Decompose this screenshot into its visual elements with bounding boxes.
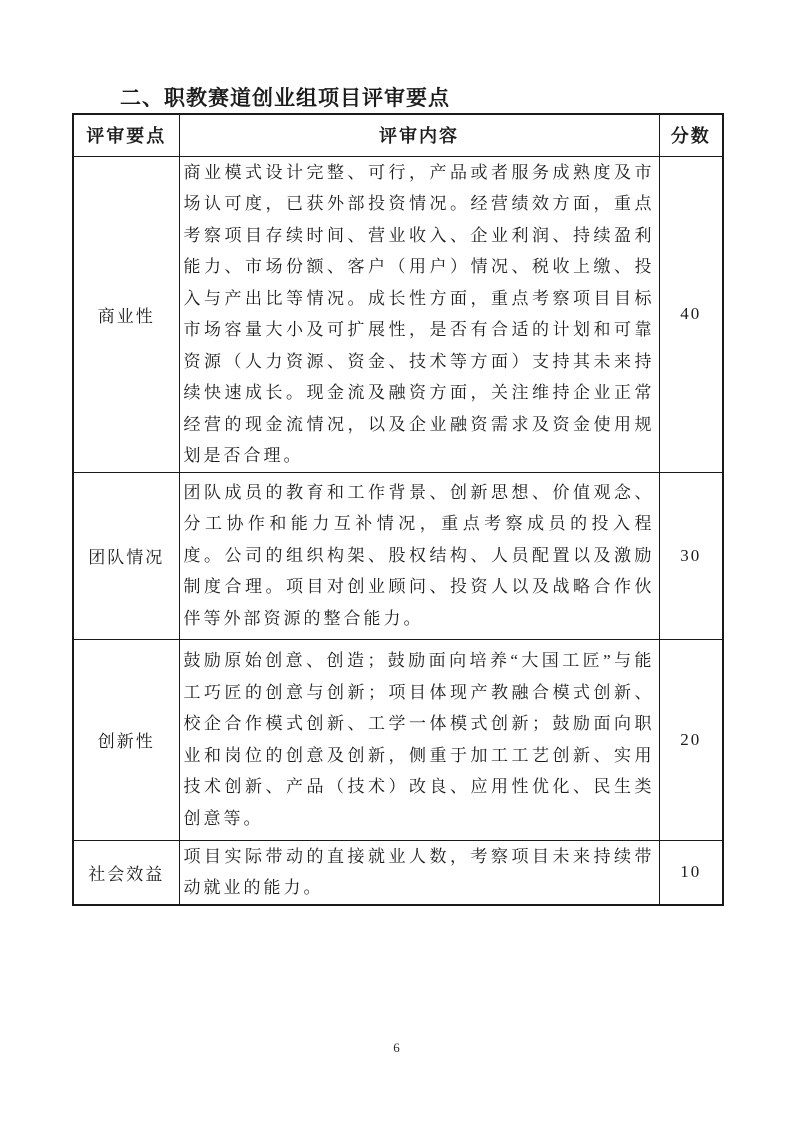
table-row: 创新性 鼓励原始创意、创造；鼓励面向培养“大国工匠”与能工巧匠的创意与创新；项目… bbox=[73, 639, 723, 840]
table-row: 团队情况 团队成员的教育和工作背景、创新思想、价值观念、分工协作和能力互补情况，… bbox=[73, 472, 723, 639]
criterion-score: 10 bbox=[659, 840, 723, 905]
evaluation-criteria-table: 评审要点 评审内容 分数 商业性 商业模式设计完整、可行，产品或者服务成熟度及市… bbox=[72, 113, 724, 906]
page-number: 6 bbox=[0, 1040, 793, 1056]
document-page: 二、职教赛道创业组项目评审要点 评审要点 评审内容 分数 商业性 商业模式设计完… bbox=[0, 0, 793, 1122]
table-row: 社会效益 项目实际带动的直接就业人数，考察项目未来持续带动就业的能力。 10 bbox=[73, 840, 723, 905]
section-title: 二、职教赛道创业组项目评审要点 bbox=[120, 82, 450, 112]
criterion-score: 30 bbox=[659, 472, 723, 639]
criterion-label: 创新性 bbox=[73, 639, 179, 840]
criterion-score: 20 bbox=[659, 639, 723, 840]
header-score: 分数 bbox=[659, 114, 723, 156]
criterion-label: 商业性 bbox=[73, 156, 179, 472]
criterion-content: 项目实际带动的直接就业人数，考察项目未来持续带动就业的能力。 bbox=[179, 840, 659, 905]
criterion-score: 40 bbox=[659, 156, 723, 472]
header-review-content: 评审内容 bbox=[179, 114, 659, 156]
table-header-row: 评审要点 评审内容 分数 bbox=[73, 114, 723, 156]
header-review-point: 评审要点 bbox=[73, 114, 179, 156]
criterion-label: 团队情况 bbox=[73, 472, 179, 639]
table-row: 商业性 商业模式设计完整、可行，产品或者服务成熟度及市场认可度，已获外部投资情况… bbox=[73, 156, 723, 472]
criterion-content: 鼓励原始创意、创造；鼓励面向培养“大国工匠”与能工巧匠的创意与创新；项目体现产教… bbox=[179, 639, 659, 840]
criterion-content: 商业模式设计完整、可行，产品或者服务成熟度及市场认可度，已获外部投资情况。经营绩… bbox=[179, 156, 659, 472]
criterion-content: 团队成员的教育和工作背景、创新思想、价值观念、分工协作和能力互补情况，重点考察成… bbox=[179, 472, 659, 639]
criterion-label: 社会效益 bbox=[73, 840, 179, 905]
